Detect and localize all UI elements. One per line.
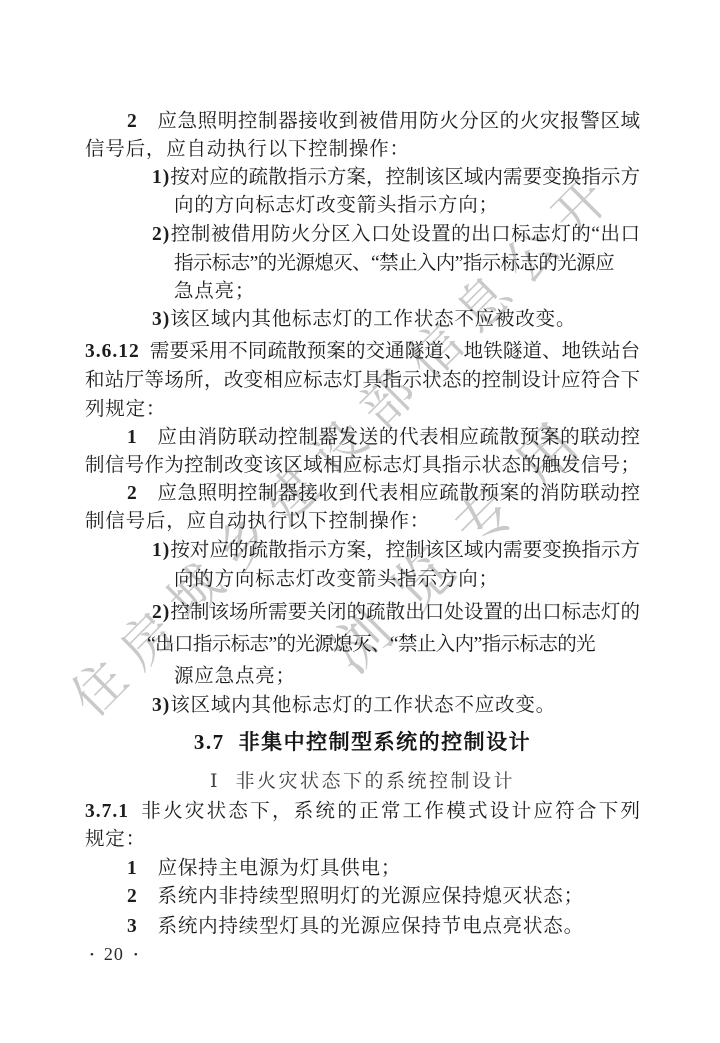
body-line: 制信号作为控制改变该区域相应标志灯具指示状态的触发信号； [85, 452, 640, 480]
subsection-heading: Ⅰ非火灾状态下的系统控制设计 [85, 768, 640, 796]
body-line: 指示标志”的光源熄灭、“禁止入内”指示标志的光源应 [174, 250, 640, 278]
line-text: 应急照明控制器接收到被借用防火分区的火灾报警区域 [157, 111, 640, 132]
line-text: 需要采用不同疏散预案的交通隧道、地铁隧道、地铁站台 [150, 341, 640, 362]
item-number: 1 [127, 858, 158, 879]
item-number: 3 [127, 916, 158, 937]
item-number: 1 [127, 427, 157, 448]
line-text: 向的方向标志灯改变箭头指示方向； [174, 569, 499, 590]
body-line: 3.7.1非火灾状态下，系统的正常工作模式设计应符合下列 [85, 798, 640, 826]
item-number: 2 [127, 886, 158, 907]
subitem-number: 3) [152, 309, 170, 330]
page-number-dot: • [134, 949, 138, 961]
line-text: 应保持主电源为灯具供电； [158, 858, 402, 879]
clause-number: 3.6.12 [85, 341, 150, 362]
line-text: 控制被借用防火分区入口处设置的出口标志灯的“出口 [170, 224, 640, 245]
page-number: •20• [90, 941, 138, 967]
line-text: 源应急点亮； [174, 666, 296, 687]
body-line: 3.6.12需要采用不同疏散预案的交通隧道、地铁隧道、地铁站台 [85, 338, 640, 366]
body-line: 2)控制被借用防火分区入口处设置的出口标志灯的“出口 [152, 221, 640, 249]
line-text: 制信号作为控制改变该区域相应标志灯具指示状态的触发信号； [85, 455, 640, 476]
line-text: 制信号后，应自动执行以下控制操作： [85, 511, 430, 532]
body-line: 1应由消防联动控制器发送的代表相应疏散预案的联动控 [127, 424, 640, 452]
item-number: 2 [127, 111, 157, 132]
body-line: 向的方向标志灯改变箭头指示方向； [174, 192, 640, 220]
body-line: 2)控制该场所需要关闭的疏散出口处设置的出口标志灯的 [152, 599, 640, 627]
line-text: 非火灾状态下，系统的正常工作模式设计应符合下列 [139, 801, 640, 822]
body-line: 列规定： [85, 396, 640, 424]
line-text: 系统内持续型灯具的光源应保持节电点亮状态。 [158, 916, 584, 937]
line-text: 按对应的疏散指示方案，控制该区域内需要变换指示方 [170, 167, 640, 188]
subitem-number: 2) [152, 224, 170, 245]
body-line: 规定： [85, 826, 640, 854]
section-heading: 3.7非集中控制型系统的控制设计 [85, 727, 640, 757]
subitem-number: 1) [152, 167, 170, 188]
body-line: 2应急照明控制器接收到代表相应疏散预案的消防联动控 [127, 480, 640, 508]
body-line: 急点亮； [174, 278, 640, 306]
body-line: 3)该区域内其他标志灯的工作状态不应改变。 [152, 692, 640, 720]
body-line: 制信号后，应自动执行以下控制操作： [85, 508, 640, 536]
body-line: 3)该区域内其他标志灯的工作状态不应被改变。 [152, 306, 640, 334]
line-text: 向的方向标志灯改变箭头指示方向； [174, 195, 499, 216]
body-line: 1应保持主电源为灯具供电； [127, 855, 640, 883]
line-text: 指示标志”的光源熄灭、“禁止入内”指示标志的光源应 [174, 253, 614, 274]
subitem-number: 1) [152, 540, 170, 561]
line-text: “出口指示标志”的光源熄灭、“禁止入内”指示标志的光 [147, 634, 595, 655]
item-number: 2 [127, 483, 157, 504]
section-title: 非集中控制型系统的控制设计 [239, 730, 532, 754]
document-page: 住房城乡建设部信息公开 浏览专用 2应急照明控制器接收到被借用防火分区的火灾报警… [0, 0, 720, 1043]
section-number: 3.7 [194, 730, 239, 754]
body-line: 2系统内非持续型照明灯的光源应保持熄灭状态； [127, 883, 640, 911]
subsection-numeral: Ⅰ [210, 771, 236, 792]
line-text: 应急照明控制器接收到代表相应疏散预案的消防联动控 [157, 483, 640, 504]
body-line: 和站厅等场所，改变相应标志灯具指示状态的控制设计应符合下 [85, 367, 640, 395]
subitem-number: 2) [152, 602, 170, 623]
body-line: 向的方向标志灯改变箭头指示方向； [174, 566, 640, 594]
line-text: 按对应的疏散指示方案，控制该区域内需要变换指示方 [170, 540, 640, 561]
body-line: “出口指示标志”的光源熄灭、“禁止入内”指示标志的光 [147, 631, 640, 659]
line-text: 系统内非持续型照明灯的光源应保持熄灭状态； [158, 886, 584, 907]
line-text: 规定： [85, 829, 146, 850]
body-line: 源应急点亮； [174, 663, 640, 691]
line-text: 控制该场所需要关闭的疏散出口处设置的出口标志灯的 [170, 602, 640, 623]
line-text: 信号后，应自动执行以下控制操作： [85, 139, 410, 160]
body-line: 1)按对应的疏散指示方案，控制该区域内需要变换指示方 [152, 164, 640, 192]
line-text: 急点亮； [174, 281, 255, 302]
line-text: 列规定： [85, 399, 166, 420]
page-number-value: 20 [94, 944, 134, 964]
line-text: 该区域内其他标志灯的工作状态不应被改变。 [170, 309, 576, 330]
line-text: 该区域内其他标志灯的工作状态不应改变。 [170, 695, 556, 716]
body-line: 2应急照明控制器接收到被借用防火分区的火灾报警区域 [127, 108, 640, 136]
body-line: 信号后，应自动执行以下控制操作： [85, 136, 640, 164]
clause-number: 3.7.1 [85, 801, 139, 822]
subitem-number: 3) [152, 695, 170, 716]
line-text: 应由消防联动控制器发送的代表相应疏散预案的联动控 [157, 427, 640, 448]
subsection-title: 非火灾状态下的系统控制设计 [236, 771, 516, 792]
body-line: 3系统内持续型灯具的光源应保持节电点亮状态。 [127, 913, 640, 941]
body-line: 1)按对应的疏散指示方案，控制该区域内需要变换指示方 [152, 537, 640, 565]
line-text: 和站厅等场所，改变相应标志灯具指示状态的控制设计应符合下 [85, 370, 640, 391]
